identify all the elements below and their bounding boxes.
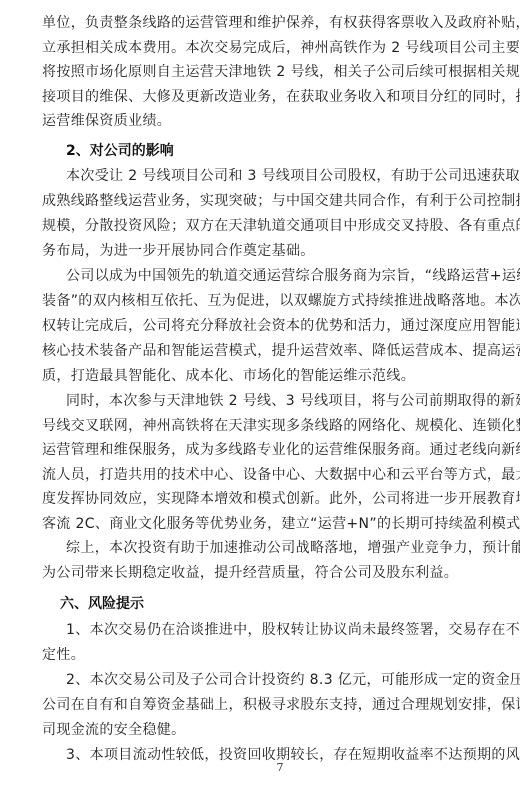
paragraph-line: 装备”的双内核相互依托、互为促进，以双螺旋方式持续推进战略落地。本次股 — [42, 289, 488, 313]
paragraph-line: 规模，分散投资风险；双方在天津轨道交通项目中形成交叉持股、各有重点的业 — [42, 214, 488, 238]
paragraph-line: 核心技术装备产品和智能运营模式，提升运营效率、降低运营成本、提高运营品 — [42, 339, 488, 363]
risk-item-line: 司现金流的安全稳健。 — [42, 718, 488, 742]
section-heading-impact: 2、对公司的影响 — [66, 139, 174, 163]
paragraph-line: 度发挥协同效应，实现降本增效和模式创新。此外，公司将进一步开展教育培训、 — [42, 487, 488, 511]
paragraph-line: 公司以成为中国领先的轨道交通运营综合服务商为宗旨，“线路运营+运维 — [66, 264, 488, 288]
paragraph-line: 流人员，打造共用的技术中心、设备中心、大数据中心和云平台等方式，最大程 — [42, 463, 488, 487]
paragraph-line: 将按照市场化原则自主运营天津地铁 2 号线，相关子公司后续可根据相关规定承 — [42, 60, 488, 84]
paragraph-line: 运营维保资质业绩。 — [42, 109, 488, 133]
paragraph-line: 综上，本次投资有助于加速推动公司战略落地，增强产业竞争力，预计能够 — [66, 536, 488, 560]
paragraph-line: 质，打造最具智能化、成本化、市场化的智能运维示范线。 — [42, 364, 488, 388]
paragraph-line: 本次受让 2 号线项目公司和 3 号线项目公司股权，有助于公司迅速获取既有 — [66, 164, 488, 188]
paragraph-line: 接项目的维保、大修及更新改造业务，在获取业务收入和项目分红的同时，提升 — [42, 85, 488, 109]
paragraph-line: 立承担相关成本费用。本次交易完成后，神州高铁作为 2 号线项目公司主要股东， — [42, 36, 488, 60]
paragraph-line: 务布局，为进一步开展协同合作奠定基础。 — [42, 239, 488, 263]
section-heading-risk: 六、风险提示 — [60, 592, 144, 616]
paragraph-line: 号线交叉联网，神州高铁将在天津实现多条线路的网络化、规模化、连锁化整线 — [42, 414, 488, 438]
paragraph-line: 单位，负责整条线路的运营管理和维护保养，有权获得客票收入及政府补贴，独 — [42, 11, 488, 35]
paragraph-line: 同时，本次参与天津地铁 2 号线、3 号线项目，将与公司前期取得的新建 7 — [66, 389, 488, 413]
document-page: 单位，负责整条线路的运营管理和维护保养，有权获得客票收入及政府补贴，独 立承担相… — [0, 0, 520, 785]
risk-item-line: 定性。 — [42, 643, 488, 667]
risk-item-line: 2、本次交易公司及子公司合计投资约 8.3 亿元，可能形成一定的资金压力。 — [66, 668, 488, 692]
paragraph-line: 成熟线路整线运营业务，实现突破；与中国交建共同合作，有利于公司控制投资 — [42, 189, 488, 213]
paragraph-line: 运营管理和维保服务，成为多线路专业化的运营维保服务商。通过老线向新线分 — [42, 438, 488, 462]
risk-item-line: 1、本次交易仍在洽谈推进中，股权转让协议尚未最终签署，交易存在不确 — [66, 618, 488, 642]
paragraph-line: 权转让完成后，公司将充分释放社会资本的优势和活力，通过深度应用智能运维 — [42, 314, 488, 338]
risk-item-line: 公司在自有和自筹资金基础上，积极寻求股东支持，通过合理规划安排，保证公 — [42, 693, 488, 717]
paragraph-line: 为公司带来长期稳定收益，提升经营质量，符合公司及股东利益。 — [42, 561, 488, 585]
paragraph-line: 客流 2C、商业文化服务等优势业务，建立“运营+N”的长期可持续盈利模式。 — [42, 512, 488, 536]
page-number: 7 — [275, 760, 285, 776]
